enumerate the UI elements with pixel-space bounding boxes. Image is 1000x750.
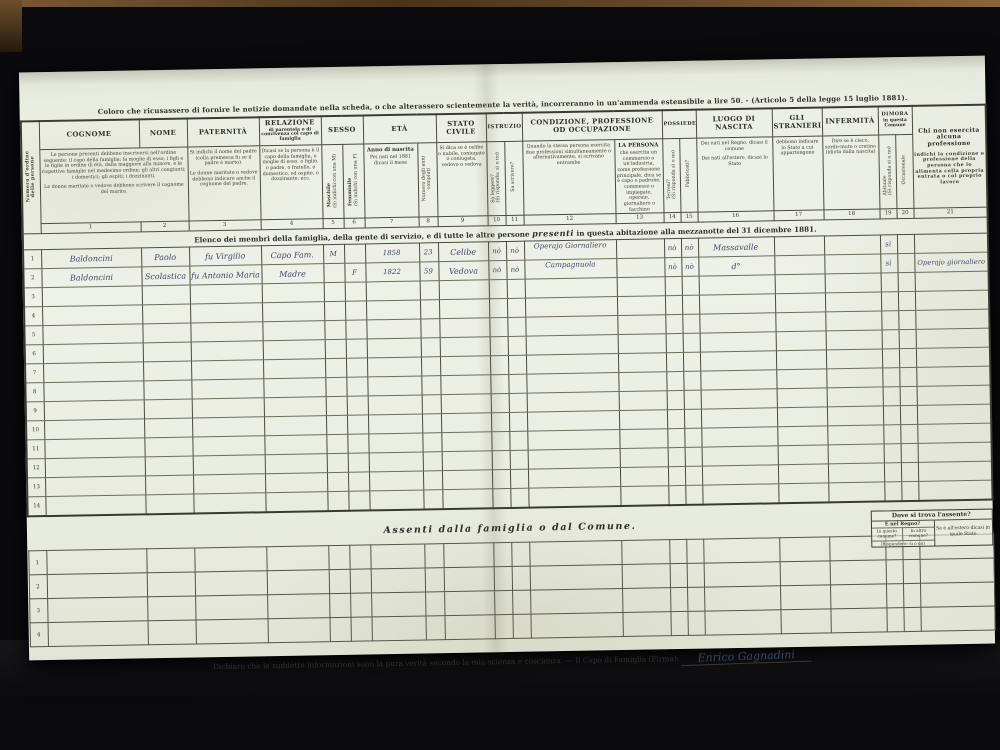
cell: [351, 617, 372, 641]
cell: [683, 371, 700, 390]
cell: [898, 311, 915, 330]
cell: [685, 447, 702, 466]
possiede-terreni: Terreni?(Si risponda sì o no): [662, 138, 680, 213]
cell: [897, 235, 914, 254]
eta-anni-compiuti: Numero degli anni compiuti: [417, 143, 437, 218]
cell: [920, 558, 994, 583]
cell: [900, 425, 917, 444]
col-possiede-title: POSSIEDE: [662, 110, 697, 139]
cell: [528, 487, 620, 508]
cell: [366, 300, 420, 320]
cell: [444, 591, 494, 616]
la-persona-note: LA PERSONAche esercita un commercio o un…: [614, 139, 663, 214]
cell: [619, 391, 667, 411]
cell: [898, 273, 915, 292]
cell: [494, 615, 512, 639]
cell: [264, 435, 326, 455]
cell: Baldoncini: [41, 248, 141, 269]
cell: [665, 277, 682, 296]
cell: [616, 258, 664, 278]
cell: [369, 471, 423, 491]
cell: [617, 296, 665, 316]
cell: [826, 349, 882, 369]
paternita-note-2: Le donne maritate o vedove debbono indic…: [189, 170, 258, 188]
cell: nò: [506, 260, 524, 279]
cell: [898, 292, 915, 311]
cell: [268, 618, 330, 643]
cell: [325, 359, 346, 378]
dimora-subtitle: in questa Comune: [879, 119, 910, 129]
cell: [882, 368, 899, 387]
cell: [884, 463, 901, 482]
cell: Scolastica: [141, 266, 189, 286]
col-infermita-title: INFERMITÀ: [822, 106, 878, 135]
assente-box-grid: È nel Regno? In questo comune? In altro …: [871, 520, 991, 547]
cell: [901, 463, 918, 482]
row-number: 3: [29, 599, 47, 623]
cell: [701, 408, 777, 428]
cell: [423, 452, 442, 471]
cell: [526, 335, 618, 356]
estero-label: Se è all'estero dicasi in quale Stato: [934, 520, 991, 546]
row-number: 3: [24, 288, 42, 307]
cell: [669, 540, 686, 564]
cell: [779, 537, 829, 562]
cell: [882, 349, 899, 368]
cell: [704, 586, 780, 611]
cell: [142, 323, 190, 343]
cell: [191, 341, 263, 361]
cell: [683, 333, 700, 352]
cell: [886, 608, 903, 632]
cell: [618, 334, 666, 354]
cell: [350, 569, 371, 593]
cell: [324, 321, 345, 340]
cell: [147, 596, 195, 621]
table-wood-edge-top: [0, 0, 1000, 7]
cell: [778, 464, 828, 484]
cell: 1822: [365, 262, 419, 282]
cell: [424, 544, 443, 568]
cell: [527, 392, 619, 413]
istruzione-note: (Si risponda: sì o no): [495, 152, 501, 203]
cell: [777, 426, 827, 446]
cell: [883, 387, 900, 406]
fabbricati-label: Fabbricati?: [686, 160, 692, 188]
in-questo-comune-label: In questo comune?: [872, 528, 904, 540]
row-number: 11: [26, 440, 44, 459]
cell: [510, 488, 528, 508]
cell: [345, 301, 366, 320]
cell: [670, 612, 687, 636]
cell: [267, 594, 329, 619]
column-number: 11: [506, 215, 524, 225]
cell: [526, 354, 618, 375]
cell: [144, 437, 192, 457]
cell: [897, 254, 914, 273]
cell: [899, 330, 916, 349]
cell: [780, 585, 830, 610]
cell: [326, 416, 347, 435]
row-number: 2: [29, 575, 47, 599]
cell: [350, 593, 371, 617]
cell: [774, 236, 824, 256]
cell: [493, 543, 511, 567]
dove-si-trova-assente-box: Dove si trova l'assente? È nel Regno? In…: [870, 509, 993, 548]
cell: [700, 370, 776, 390]
cell: [425, 616, 444, 640]
cell: [776, 331, 826, 351]
cell: [901, 444, 918, 463]
cell: [666, 372, 683, 391]
cell: [190, 322, 262, 342]
cell: [42, 324, 142, 345]
cell: [684, 390, 701, 409]
cell: [686, 539, 703, 563]
cell: [682, 314, 699, 333]
table-wood-edge-bottom: [0, 694, 340, 750]
cell: [687, 611, 704, 635]
cell: [685, 485, 702, 505]
cell: nò: [681, 238, 698, 257]
stranieri-note: debbono indicare lo Stato a cui apparten…: [772, 136, 823, 211]
photo-of-census-document: { "colors":{"background":"#0b0a0d","wood…: [0, 0, 1000, 750]
cell: [326, 435, 347, 454]
cell: [346, 377, 367, 396]
cell: [148, 620, 196, 645]
row-number: 6: [25, 345, 43, 364]
cell: [367, 357, 421, 377]
cell: [826, 368, 882, 388]
cell: [828, 463, 884, 483]
cell: [824, 254, 880, 274]
cell: [265, 473, 327, 493]
cell: [667, 429, 684, 448]
cell: nò: [681, 257, 698, 276]
cell: [371, 592, 425, 617]
cell: Madre: [261, 264, 323, 284]
cell: [195, 571, 267, 596]
cell: [828, 444, 884, 464]
subtitle-presenti: presenti: [532, 228, 574, 239]
cell: [420, 300, 439, 319]
cell: [512, 590, 530, 614]
assenti-table: 1234: [28, 534, 996, 648]
col-chi-non-esercita: Chi non esercita alcuna professioneindic…: [912, 105, 988, 209]
cell: [43, 343, 143, 364]
cell: [266, 546, 328, 571]
cell: [191, 360, 263, 380]
row-number: 9: [26, 402, 44, 421]
cell: [917, 385, 991, 405]
cell: [512, 566, 530, 590]
cell: [827, 406, 883, 426]
cell: [193, 455, 265, 475]
cell: [899, 368, 916, 387]
cell: [326, 397, 347, 416]
cell: [144, 418, 192, 438]
cell: [780, 561, 830, 586]
cell: [444, 567, 494, 592]
cell: [330, 617, 351, 641]
cell: [529, 541, 621, 567]
cell: [668, 448, 685, 467]
cell: [46, 549, 146, 575]
cell: [421, 376, 440, 395]
cell: [684, 428, 701, 447]
cell: [345, 282, 366, 301]
cell: [144, 399, 192, 419]
cell: fu Antonio Maria: [189, 265, 261, 285]
cell: [682, 295, 699, 314]
cell: 1858: [365, 243, 419, 263]
cell: [916, 366, 990, 386]
cell: [881, 273, 898, 292]
cell: [345, 320, 366, 339]
cell: [507, 298, 525, 317]
cell: [325, 340, 346, 359]
cell: [777, 407, 827, 427]
col-cognome-title: COGNOME: [39, 119, 139, 149]
cell: [264, 416, 326, 436]
occasionale-label: Occasionale: [902, 155, 908, 184]
cell: [42, 286, 142, 307]
cell: [263, 359, 325, 379]
cell: [530, 565, 622, 591]
cell: Paolo: [141, 247, 189, 267]
cell: [900, 406, 917, 425]
cell: [824, 235, 880, 255]
cell: [192, 436, 264, 456]
dimora-abituale: Abituale(Si risponda sì o no): [878, 135, 896, 210]
anno-nascita-note: Pei nati nel 1881 dicasi il mese: [365, 155, 416, 167]
cell: [425, 592, 444, 616]
cell: [511, 542, 529, 566]
cell: [145, 475, 193, 495]
cell: Operajo Giornaliero: [524, 240, 616, 261]
cell: [525, 278, 617, 299]
sesso-femminile: Femminile(Si indichi con una F): [342, 144, 364, 219]
luogo-note-1: Dei nati nel Regno, dicasi il comune: [698, 140, 771, 153]
cell: [825, 292, 881, 312]
cell: [323, 264, 344, 283]
cell: [617, 277, 665, 297]
cell: [324, 302, 345, 321]
col-luogo-nascita-title: LUOGO DI NASCITA: [696, 108, 772, 138]
col-eta-title: ETÀ: [363, 114, 436, 144]
cell: [830, 560, 886, 585]
cell: [423, 490, 442, 510]
eta-anno-nascita: Anno di nascitaPei nati nel 1881 dicasi …: [363, 143, 418, 218]
cell: [262, 302, 324, 322]
chi-title: Chi non esercita alcuna professione: [914, 127, 985, 148]
col-sesso-title: SESSO: [321, 115, 363, 144]
present-persons-rows: 1BaldonciniPaolofu VirgilioCapo Fam.M185…: [23, 233, 993, 516]
cell: [704, 562, 780, 587]
cell: [262, 321, 324, 341]
cell: [425, 568, 444, 592]
cell: 23: [419, 243, 438, 262]
cell: [45, 457, 145, 478]
cell: [920, 582, 994, 607]
cell: [685, 466, 702, 485]
cell: [325, 378, 346, 397]
cell: [328, 546, 349, 570]
row-number: 4: [30, 623, 48, 647]
cell: [827, 425, 883, 445]
cell: [701, 389, 777, 409]
cell: [619, 410, 667, 430]
cell: M: [323, 245, 344, 264]
cell: [265, 492, 327, 513]
row-number-column-header: Numero d'ordine delle persone: [21, 121, 41, 234]
col-condizione-title: CONDIZIONE, PROFESSIONE OD OCCUPAZIONE: [522, 110, 662, 141]
cell: [142, 304, 190, 324]
cell: [145, 456, 193, 476]
cell: [617, 315, 665, 335]
cell: [775, 293, 825, 313]
col-nome-title: NOME: [139, 119, 187, 148]
row-number: 1: [23, 250, 41, 269]
cell: [193, 493, 265, 514]
cell: [329, 569, 350, 593]
table-wood-edge-left: [0, 0, 22, 52]
cell: [915, 290, 989, 310]
relazione-note-text: Dicasi se la persona è il capo della fam…: [261, 148, 321, 183]
cell: [702, 465, 778, 485]
cell: [666, 334, 683, 353]
cell: [899, 349, 916, 368]
cell: [702, 484, 778, 505]
cell: [366, 319, 420, 339]
cell: [528, 468, 620, 489]
cell: [699, 294, 775, 314]
cell: [45, 476, 145, 497]
cell: F: [344, 263, 365, 282]
cell: [881, 292, 898, 311]
cell: [421, 338, 440, 357]
cell: [703, 538, 779, 563]
cell: [827, 387, 883, 407]
cell: [665, 296, 682, 315]
absent-persons-rows: 1234: [28, 534, 995, 647]
col-stranieri-title: GLI STRANIERI: [772, 107, 822, 136]
census-form-page: Coloro che ricusassero di fornire le not…: [19, 56, 995, 661]
sa-scrivere-label: Sa scrivere?: [511, 161, 517, 191]
cell: [776, 369, 826, 389]
cell: [372, 616, 426, 641]
cell: [423, 471, 442, 490]
in-altro-comune-label: In altro comune?: [903, 528, 934, 540]
la-persona-title: LA PERSONA: [616, 142, 661, 149]
cell: [667, 410, 684, 429]
cell: [886, 560, 903, 584]
cell: [903, 608, 920, 632]
column-number: 5: [323, 219, 344, 229]
cell: Operajo giornaliero: [914, 252, 988, 272]
cell: [371, 568, 425, 593]
cell: [920, 606, 994, 631]
cell: [830, 584, 886, 609]
cell: [620, 448, 668, 468]
istruzione-sa-scrivere: Sa scrivere?: [504, 141, 523, 216]
cell: [44, 438, 144, 459]
la-persona-note-text: che esercita un commercio o un'industria…: [616, 150, 662, 213]
cell: [530, 589, 622, 615]
cell: [508, 355, 526, 374]
cell: [143, 361, 191, 381]
cell: [687, 587, 704, 611]
cell: [884, 444, 901, 463]
cell: [190, 284, 262, 304]
cell: [620, 486, 668, 506]
cell: [507, 317, 525, 336]
cell: [918, 461, 992, 481]
cell: [509, 412, 527, 431]
cell: [622, 612, 670, 637]
cell: [917, 404, 991, 424]
cell: [915, 309, 989, 329]
cell: [916, 347, 990, 367]
cell: [526, 373, 618, 394]
cell: [264, 397, 326, 417]
row-number: 4: [24, 307, 42, 326]
cell: [830, 608, 886, 633]
cell: [349, 545, 370, 569]
cell: [367, 376, 421, 396]
cell: [267, 570, 329, 595]
assente-box-regno: È nel Regno? In questo comune? In altro …: [871, 521, 934, 547]
cell: [884, 482, 901, 502]
cell: [45, 495, 145, 516]
row-number: 5: [24, 326, 42, 345]
cell: [702, 446, 778, 466]
rispondere-note: (Rispondere: sì o no): [872, 539, 934, 546]
cell: [668, 486, 685, 506]
cell: [44, 419, 144, 440]
cell: [195, 595, 267, 620]
cell: sì: [880, 254, 897, 273]
cell: [194, 547, 266, 572]
cell: [668, 467, 685, 486]
cell: [918, 480, 992, 501]
cell: [344, 244, 365, 263]
cell: [192, 417, 264, 437]
cell: [265, 454, 327, 474]
cell: [346, 358, 367, 377]
cell: [903, 584, 920, 608]
cell: [420, 281, 439, 300]
possiede-note: (Si risponda sì o no): [671, 150, 677, 199]
cell: [528, 449, 620, 470]
cell: [47, 597, 147, 623]
cell: [191, 379, 263, 399]
row-number: 8: [25, 383, 43, 402]
cell: [494, 567, 512, 591]
cell: [509, 431, 527, 450]
column-number: 15: [681, 212, 698, 222]
paternita-note-1: Si indichi il nome del padre (colla prem…: [189, 149, 258, 167]
cell: [48, 621, 148, 647]
cell: [327, 454, 348, 473]
cell: [263, 340, 325, 360]
cell: [348, 472, 369, 491]
cell: [778, 445, 828, 465]
row-number: 13: [27, 478, 45, 497]
cell: [618, 353, 666, 373]
col-dimora-title: DIMORAin questa Comune: [878, 106, 913, 135]
cell: [142, 285, 190, 305]
